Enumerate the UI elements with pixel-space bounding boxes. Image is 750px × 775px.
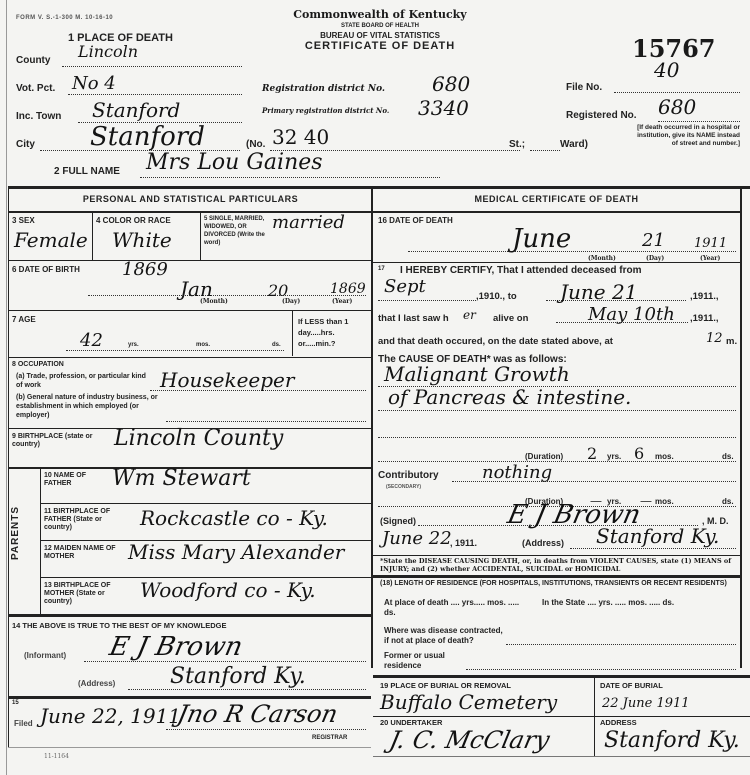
undertaker-value[interactable]: J. C. McClary [387, 726, 552, 754]
father-birthplace-value[interactable]: Rockcastle co - Ky. [140, 506, 328, 530]
residence-at-place: At place of death .... yrs..... mos. ...… [384, 598, 524, 618]
registered-no-label: Registered No. [566, 110, 637, 121]
occupation-a-label: (a) Trade, profession, or particular kin… [16, 372, 148, 390]
inc-town-label: Inc. Town [16, 111, 61, 122]
medical-section-heading: MEDICAL CERTIFICATE OF DEATH [373, 194, 740, 204]
right-border [740, 188, 742, 668]
duration-line [378, 461, 736, 462]
dob-note[interactable]: 1869 [122, 259, 168, 280]
row-rule-7 [8, 696, 371, 699]
informant-heading: 14 THE ABOVE IS TRUE TO THE BEST OF MY K… [12, 621, 226, 630]
city-value[interactable]: Stanford [90, 122, 205, 152]
attended-from-line [378, 300, 476, 301]
parents-rule-1 [40, 503, 371, 504]
dod-line [408, 251, 736, 252]
certificate-header: Commonwealth of Kentucky STATE BOARD OF … [250, 8, 510, 52]
vot-pct-line [68, 94, 242, 95]
certificate-title: CERTIFICATE OF DEATH [250, 40, 510, 52]
sex-divider [92, 212, 93, 260]
duration-months[interactable]: 6 [634, 444, 644, 463]
county-value[interactable]: Lincoln [78, 42, 138, 61]
last-saw-year: ,1911., [690, 313, 719, 324]
column-divider [371, 188, 373, 668]
burial-date-value[interactable]: 22 June 1911 [602, 696, 690, 711]
file-no-value[interactable]: 40 [654, 58, 679, 82]
duration-label: (Duration) [525, 452, 563, 461]
full-name-label: 2 FULL NAME [54, 166, 120, 177]
last-saw-middle: alive on [493, 313, 528, 324]
medical-rule-3 [373, 575, 740, 578]
personal-section-heading: PERSONAL AND STATISTICAL PARTICULARS [10, 194, 371, 204]
filed-date[interactable]: June 22, 1911 [40, 704, 181, 728]
mother-name-label: 12 MAIDEN NAME OF MOTHER [44, 545, 130, 561]
physician-address-line [570, 548, 736, 549]
sex-label: 3 SEX [12, 216, 35, 225]
registrar-signature[interactable]: Jno R Carson [175, 700, 340, 728]
burial-place-label: 19 PLACE OF BURIAL OR REMOVAL [380, 681, 511, 690]
commonwealth-title: Commonwealth of Kentucky [250, 8, 510, 21]
residence-in-state: In the State .... yrs. ..... mos. ..... … [542, 598, 734, 608]
medical-heading-rule [373, 211, 740, 213]
registrar-label: REGISTRAR [312, 735, 347, 741]
informant-address-value[interactable]: Stanford Ky. [170, 664, 306, 689]
age-ds-label: ds. [272, 342, 281, 348]
death-time-suffix: m. [726, 336, 737, 347]
primary-district-value[interactable]: 3340 [418, 96, 469, 120]
page-edge [6, 0, 7, 775]
parents-divider [40, 468, 41, 614]
street-no-value[interactable]: 32 40 [272, 125, 329, 149]
full-name-value[interactable]: Mrs Lou Gaines [146, 150, 323, 175]
signed-label: (Signed) [380, 516, 416, 526]
birthplace-label: 9 BIRTHPLACE (state or country) [12, 433, 104, 449]
certify-text: I HEREBY CERTIFY, That I attended deceas… [400, 265, 642, 276]
death-occurred-text: and that death occured, on the date stat… [378, 336, 613, 347]
occupation-label: 8 OCCUPATION [12, 361, 64, 368]
vot-pct-label: Vot. Pct. [16, 83, 55, 94]
final-rule [373, 756, 750, 757]
race-divider [200, 212, 201, 260]
physician-address-value[interactable]: Stanford Ky. [596, 524, 719, 548]
mother-name-value[interactable]: Miss Mary Alexander [128, 540, 344, 564]
vot-pct-value[interactable]: No 4 [72, 73, 116, 94]
last-saw-prefix: that I last saw h [378, 313, 449, 324]
sex-value[interactable]: Female [14, 228, 88, 252]
medical-rule-2 [373, 555, 740, 556]
last-saw-date[interactable]: May 10th [588, 304, 675, 325]
filed-label: Filed [14, 719, 33, 728]
duration2-mos-label: mos. [655, 497, 674, 506]
file-no-label: File No. [566, 82, 602, 93]
secondary-label: (SECONDARY) [386, 484, 421, 490]
occupation-b-line [166, 421, 366, 422]
less-than-day: If LESS than 1 day.....hrs. or.....min.? [298, 316, 370, 349]
attended-to-date[interactable]: June 21 [560, 280, 637, 304]
age-years[interactable]: 42 [80, 330, 103, 351]
attended-to-year: ,1911., [690, 291, 719, 302]
cause-footnote: *State the DISEASE CAUSING DEATH, or, in… [380, 557, 736, 573]
dob-month-caption: (Month) [200, 298, 228, 305]
contributory-label: Contributory [378, 470, 439, 481]
contributory-value[interactable]: nothing [482, 462, 552, 483]
ward-line [530, 150, 560, 151]
street-no-label: (No. [246, 139, 265, 150]
race-value[interactable]: White [112, 228, 172, 252]
age-mos-label: mos. [196, 342, 210, 348]
row-rule-2 [8, 310, 371, 311]
race-label: 4 COLOR OR RACE [96, 216, 171, 225]
dod-day-caption: (Day) [646, 255, 664, 262]
parents-side-label: PARENTS [10, 506, 21, 560]
footer-code: 11-1164 [44, 753, 69, 760]
registered-no-line [658, 121, 740, 122]
physician-address-label: (Address) [522, 538, 564, 548]
death-time[interactable]: 12 [706, 331, 723, 346]
father-name-label: 10 NAME OF FATHER [44, 472, 104, 488]
cause-line-2 [378, 410, 736, 411]
row-rule-3 [8, 357, 371, 358]
burial-date-label: DATE OF BURIAL [600, 681, 663, 690]
informant-label: (Informant) [24, 651, 66, 660]
age-yrs-label: yrs. [128, 342, 139, 348]
dod-year[interactable]: 1911 [694, 236, 727, 251]
last-saw-pronoun[interactable]: er [463, 308, 476, 322]
father-name-value[interactable]: Wm Stewart [112, 466, 251, 491]
street-st-label: St.; [509, 139, 525, 150]
marital-value[interactable]: married [272, 212, 345, 233]
county-label: County [16, 55, 50, 66]
bureau-title: BUREAU OF VITAL STATISTICS [250, 31, 510, 40]
filed-number: 15 [12, 700, 19, 706]
dod-year-caption: (Year) [700, 255, 720, 262]
occupation-a-value[interactable]: Housekeeper [160, 368, 294, 392]
residence-label: (18) LENGTH OF RESIDENCE (FOR HOSPITALS,… [380, 580, 736, 588]
duration-yrs-label: yrs. [607, 452, 621, 461]
birthplace-value[interactable]: Lincoln County [114, 426, 283, 451]
dob-year-caption: (Year) [332, 298, 352, 305]
row-rule-1 [8, 260, 371, 261]
age-divider [292, 311, 293, 356]
informant-address-line [128, 689, 366, 690]
registration-district-label: Registration district No. [262, 84, 385, 94]
undertaker-address-label: ADDRESS [600, 718, 637, 727]
bottom-rule [8, 747, 371, 748]
county-line [62, 66, 242, 67]
dod-month[interactable]: June [512, 224, 571, 254]
dob-day-caption: (Day) [282, 298, 300, 305]
burial-place-value[interactable]: Buffalo Cemetery [380, 690, 557, 714]
duration-ds-label: ds. [722, 452, 734, 461]
cause-value-2[interactable]: of Pancreas & intestine. [388, 385, 631, 409]
signed-date[interactable]: June 22 [382, 528, 452, 549]
death-certificate: FORM V. S.-1-300 M. 10-16-10 Commonwealt… [0, 0, 750, 775]
age-label: 7 AGE [12, 315, 36, 324]
registered-no-value[interactable]: 680 [658, 95, 696, 119]
disease-contracted-line [506, 644, 736, 645]
attended-from-year: ,1910., to [476, 291, 517, 302]
cause-value-1[interactable]: Malignant Growth [384, 362, 570, 386]
dob-year[interactable]: 1869 [330, 281, 366, 297]
certify-number: 17 [378, 266, 385, 272]
dob-label: 6 DATE OF BIRTH [12, 265, 80, 274]
board-title: STATE BOARD OF HEALTH [250, 23, 510, 29]
burial-rule [373, 675, 750, 678]
occupation-b-label: (b) General nature of industry business,… [16, 393, 166, 420]
registration-district-value[interactable]: 680 [432, 72, 470, 96]
dod-label: 16 DATE OF DEATH [378, 216, 453, 225]
disease-contracted-label: Where was disease contracted, if not at … [384, 626, 504, 646]
informant-signature[interactable]: E J Brown [107, 632, 246, 662]
inc-town-value[interactable]: Stanford [92, 98, 180, 122]
informant-address-label: (Address) [78, 679, 115, 688]
section-divider [8, 186, 750, 189]
father-birthplace-label: 11 BIRTHPLACE OF FATHER (State or countr… [44, 508, 130, 532]
attended-from-date[interactable]: Sept [384, 276, 426, 297]
dod-month-caption: (Month) [588, 255, 616, 262]
former-residence-line [466, 669, 736, 670]
signed-year: , 1911. [450, 538, 477, 548]
duration-years[interactable]: 2 [587, 444, 597, 463]
row-rule-6 [8, 614, 371, 617]
ward-label: Ward) [560, 139, 588, 150]
file-no-line [614, 92, 740, 93]
mother-birthplace-label: 13 BIRTHPLACE OF MOTHER (State or countr… [44, 582, 130, 606]
duration-mos-label: mos. [655, 452, 674, 461]
marital-label: 5 SINGLE, MARRIED, WIDOWED, OR DIVORCED … [204, 215, 278, 247]
undertaker-rule [373, 716, 750, 717]
dod-day[interactable]: 21 [642, 230, 665, 251]
medical-rule-1 [373, 262, 740, 263]
undertaker-address-value[interactable]: Stanford Ky. [604, 728, 740, 753]
duration2-ds-label: ds. [722, 497, 734, 506]
city-label: City [16, 139, 35, 150]
cause-line-3 [378, 437, 736, 438]
dob-line [88, 295, 366, 296]
mother-birthplace-value[interactable]: Woodford co - Ky. [140, 578, 316, 602]
former-residence-label: Former or usual residence [384, 651, 474, 671]
filed-line [166, 729, 366, 730]
full-name-line [140, 177, 440, 178]
hospital-note: [If death occurred in a hospital or inst… [632, 124, 740, 148]
form-code: FORM V. S.-1-300 M. 10-16-10 [16, 15, 113, 21]
primary-district-label: Primary registration district No. [262, 106, 389, 115]
